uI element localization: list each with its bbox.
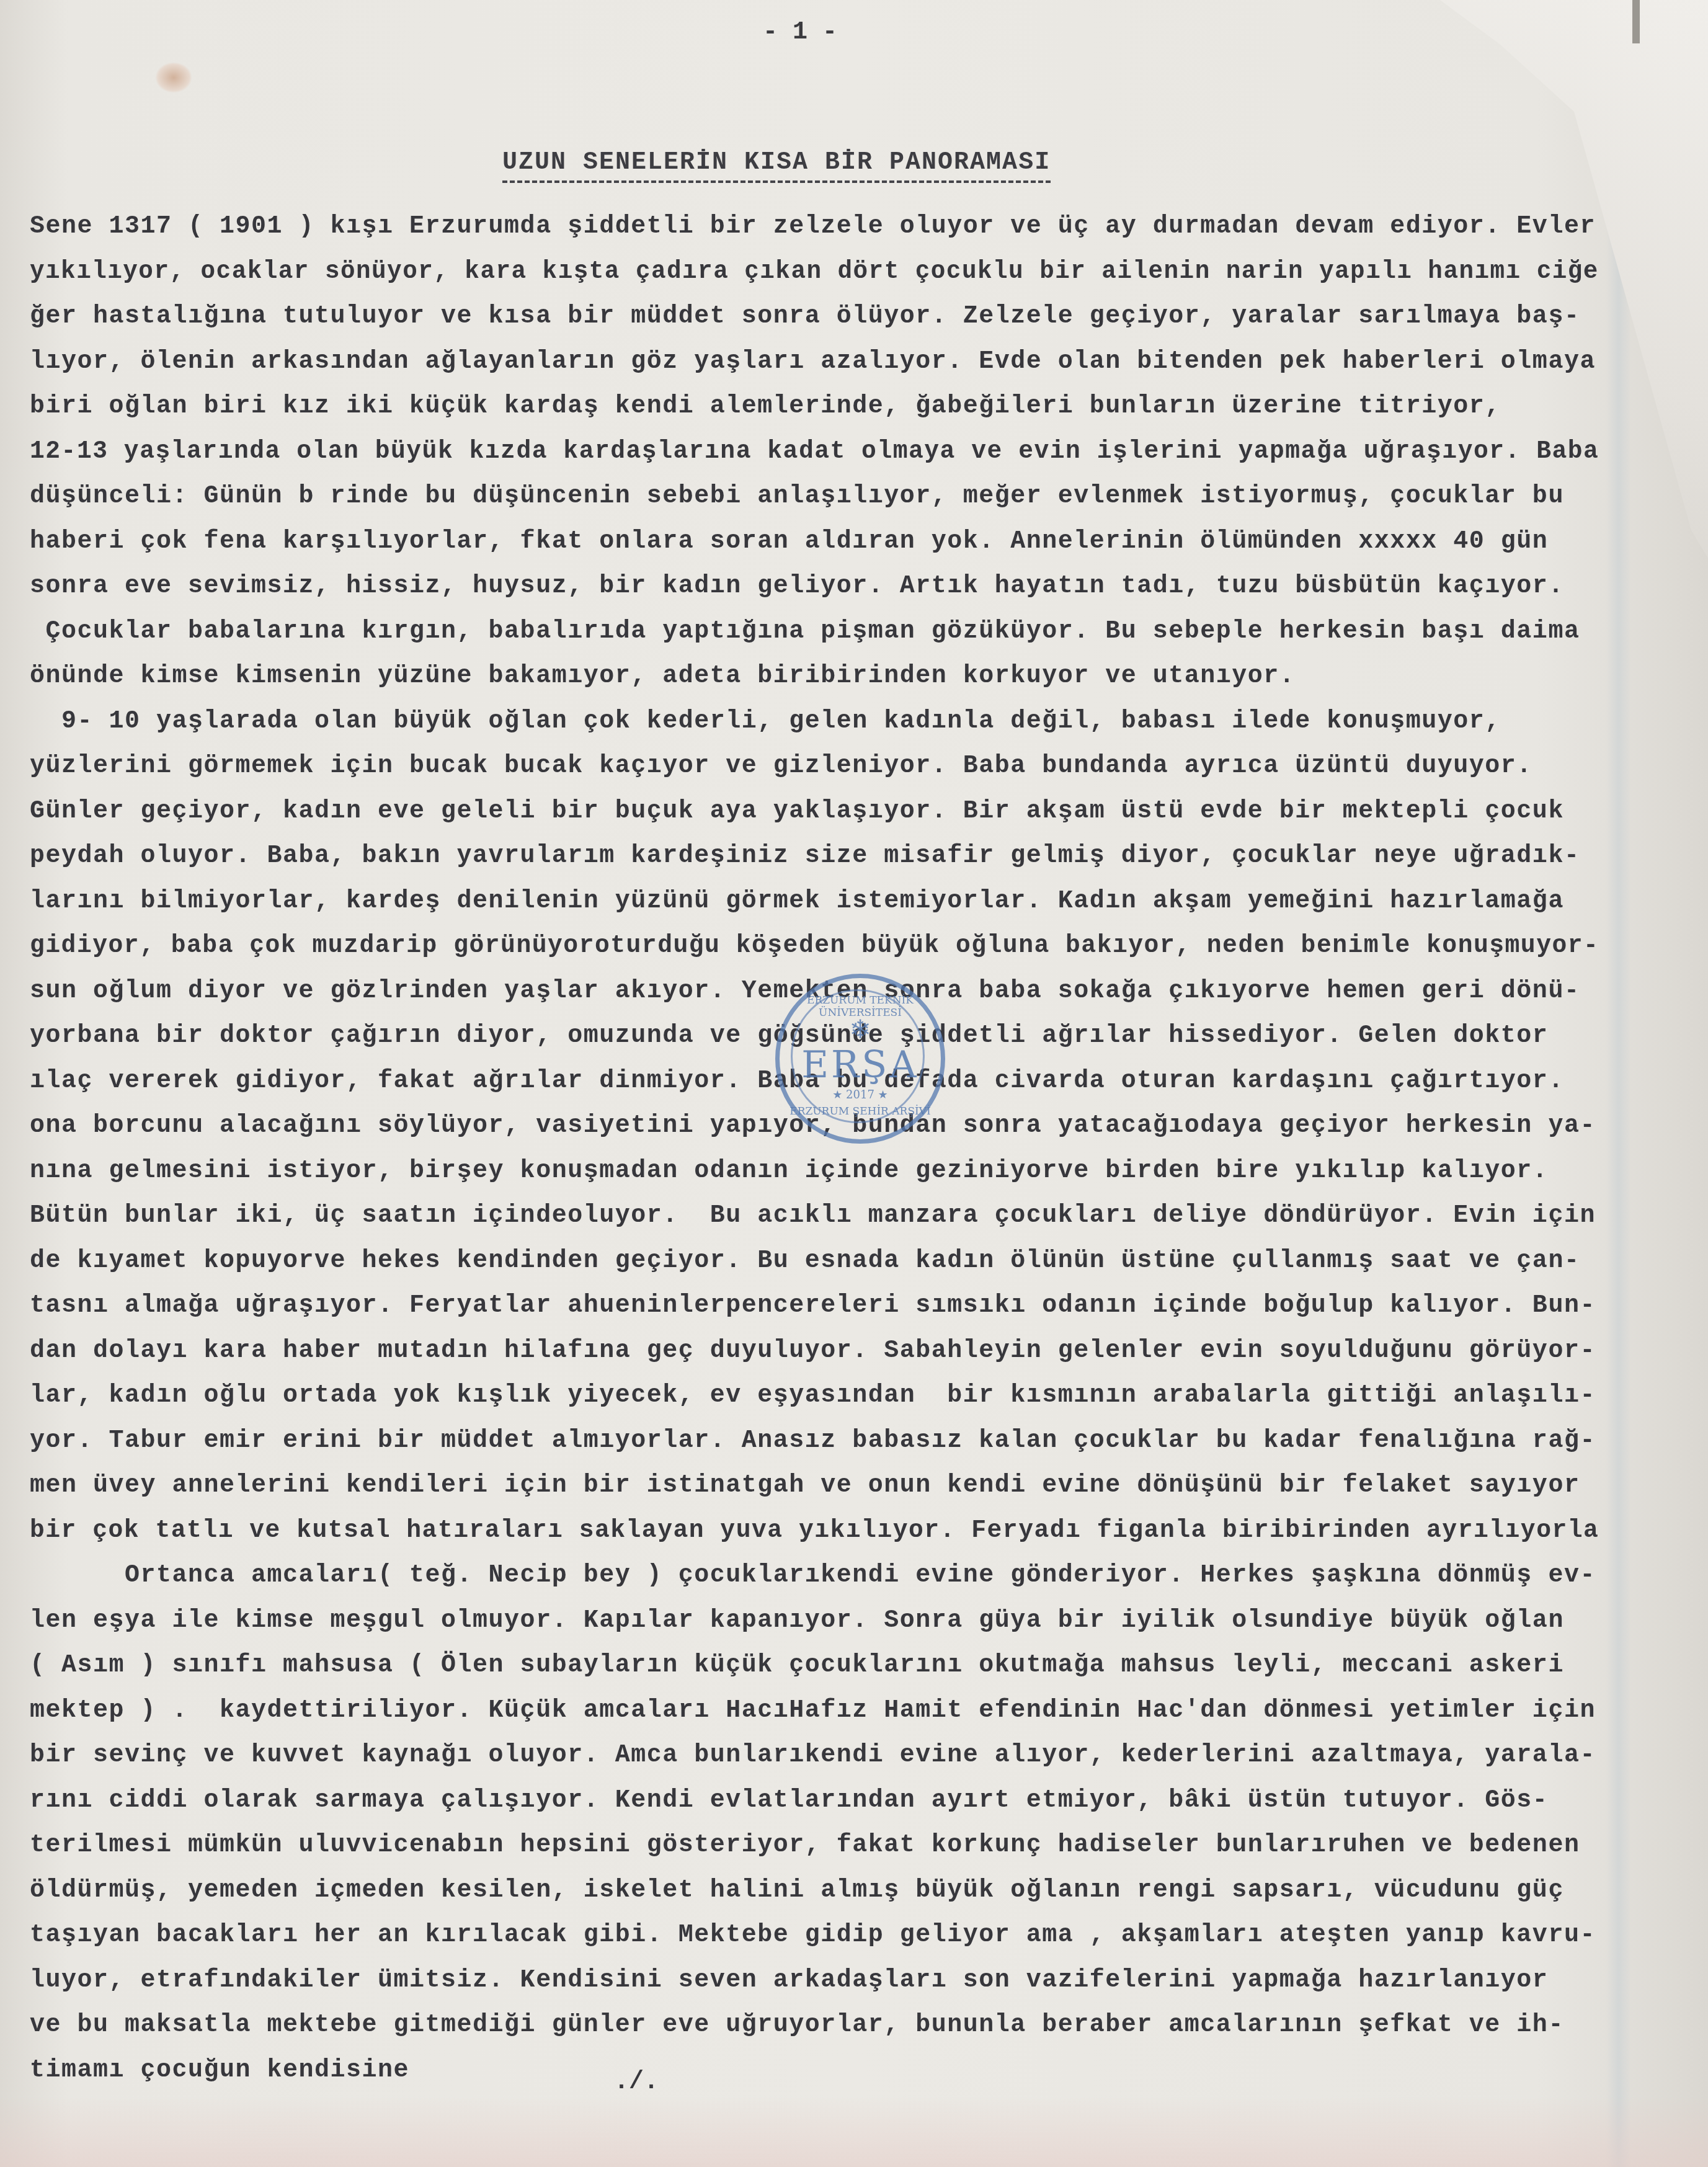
paper-stain: [155, 62, 192, 93]
text-line: mektep ) . kaydettiriliyor. Küçük amcala…: [30, 1689, 1599, 1734]
text-line: 12-13 yaşlarında olan büyük kızda kardaş…: [30, 430, 1586, 475]
background-edge: [1632, 0, 1640, 43]
text-line: rını ciddi olarak sarmaya çalışıyor. Ken…: [30, 1779, 1599, 1824]
text-line: de kıyamet kopuyorve hekes kendinden geç…: [30, 1239, 1599, 1284]
text-line: yıkılıyor, ocaklar sönüyor, kara kışta ç…: [30, 250, 1571, 295]
body-text: Sene 1317 ( 1901 ) kışı Erzurumda şiddet…: [30, 205, 1599, 2093]
text-line: düşünceli: Günün b rinde bu düşüncenin s…: [30, 474, 1599, 520]
text-line: yüzlerini görmemek için bucak bucak kaçı…: [30, 744, 1599, 790]
text-line: 9- 10 yaşlarada olan büyük oğlan çok ked…: [30, 700, 1599, 745]
text-line: Çocuklar babalarına kırgın, babalırıda y…: [30, 610, 1599, 655]
text-line: luyor, etrafındakiler ümitsiz. Kendisini…: [30, 1959, 1599, 2004]
text-line: lar, kadın oğlu ortada yok kışlık yiyece…: [30, 1374, 1599, 1419]
document-page: - 1 - UZUN SENELERİN KISA BİR PANORAMASI…: [0, 0, 1708, 2167]
text-line: larını bilmiyorlar, kardeş denilenin yüz…: [30, 879, 1599, 925]
text-line: Bütün bunlar iki, üç saatın içindeoluyor…: [30, 1194, 1599, 1239]
text-line: Ortanca amcaları( teğ. Necip bey ) çocuk…: [30, 1554, 1599, 1599]
text-line: önünde kimse kimsenin yüzüne bakamıyor, …: [30, 654, 1599, 700]
text-line: taşıyan bacakları her an kırılacak gibi.…: [30, 1913, 1599, 1959]
text-line: peydah oluyor. Baba, bakın yavrularım ka…: [30, 834, 1599, 879]
text-line: len eşya ile kimse meşgul olmuyor. Kapıl…: [30, 1599, 1599, 1644]
paper-bottom-edge: [0, 2096, 1708, 2167]
text-line: lıyor, ölenin arkasından ağlayanların gö…: [30, 340, 1599, 385]
text-line: haberi çok fena karşılıyorlar, fkat onla…: [30, 520, 1599, 565]
stamp-year: ★ 2017 ★: [780, 1088, 941, 1101]
text-line: yor. Tabur emir erini bir müddet almıyor…: [30, 1419, 1599, 1464]
continuation-mark: ./.: [614, 2068, 659, 2096]
text-line: Günler geçiyor, kadın eve geleli bir buç…: [30, 790, 1599, 835]
text-line: öldürmüş, yemeden içmeden kesilen, iskel…: [30, 1869, 1599, 1914]
stamp-bottom-text: ERZURUM ŞEHİR ARŞİVİ: [780, 1105, 941, 1118]
text-line: terilmesi mümkün uluvvicenabın hepsini g…: [30, 1823, 1599, 1869]
stamp-main-text: ERŞA: [780, 1043, 941, 1087]
text-line: ve bu maksatla mektebe gitmediği günler …: [30, 2003, 1599, 2049]
text-line: nına gelmesini istiyor, birşey konuşmada…: [30, 1149, 1599, 1195]
snowflake-emblem-icon: ❄: [780, 1014, 941, 1044]
text-line: timamı çocuğun kendisine: [30, 2049, 1599, 2094]
text-line: sonra eve sevimsiz, hissiz, huysuz, bir …: [30, 564, 1599, 610]
text-line: men üvey annelerini kendileri için bir i…: [30, 1464, 1599, 1509]
text-line: Sene 1317 ( 1901 ) kışı Erzurumda şiddet…: [30, 205, 1599, 250]
text-line: ( Asım ) sınıfı mahsusa ( Ölen subayları…: [30, 1644, 1599, 1689]
paper-fold-crease: [1606, 0, 1631, 2167]
text-line: biri oğlan biri kız iki küçük kardaş ken…: [30, 385, 1599, 430]
page-number: - 1 -: [763, 19, 837, 47]
document-title: UZUN SENELERİN KISA BİR PANORAMASI: [502, 149, 1051, 183]
text-line: bir çok tatlı ve kutsal hatıraları sakla…: [30, 1509, 1586, 1554]
archive-stamp: ERZURUM TEKNİK ÜNİVERSİTESİ ❄ ERŞA ★ 201…: [775, 974, 945, 1144]
text-line: ğer hastalığına tutuluyor ve kısa bir mü…: [30, 295, 1599, 340]
text-line: gidiyor, baba çok muzdarip görünüyorotur…: [30, 924, 1586, 969]
text-line: bir sevinç ve kuvvet kaynağı oluyor. Amc…: [30, 1733, 1599, 1779]
text-line: dan dolayı kara haber mutadın hilafına g…: [30, 1329, 1599, 1374]
text-line: tasnı almağa uğraşıyor. Feryatlar ahueni…: [30, 1284, 1599, 1329]
